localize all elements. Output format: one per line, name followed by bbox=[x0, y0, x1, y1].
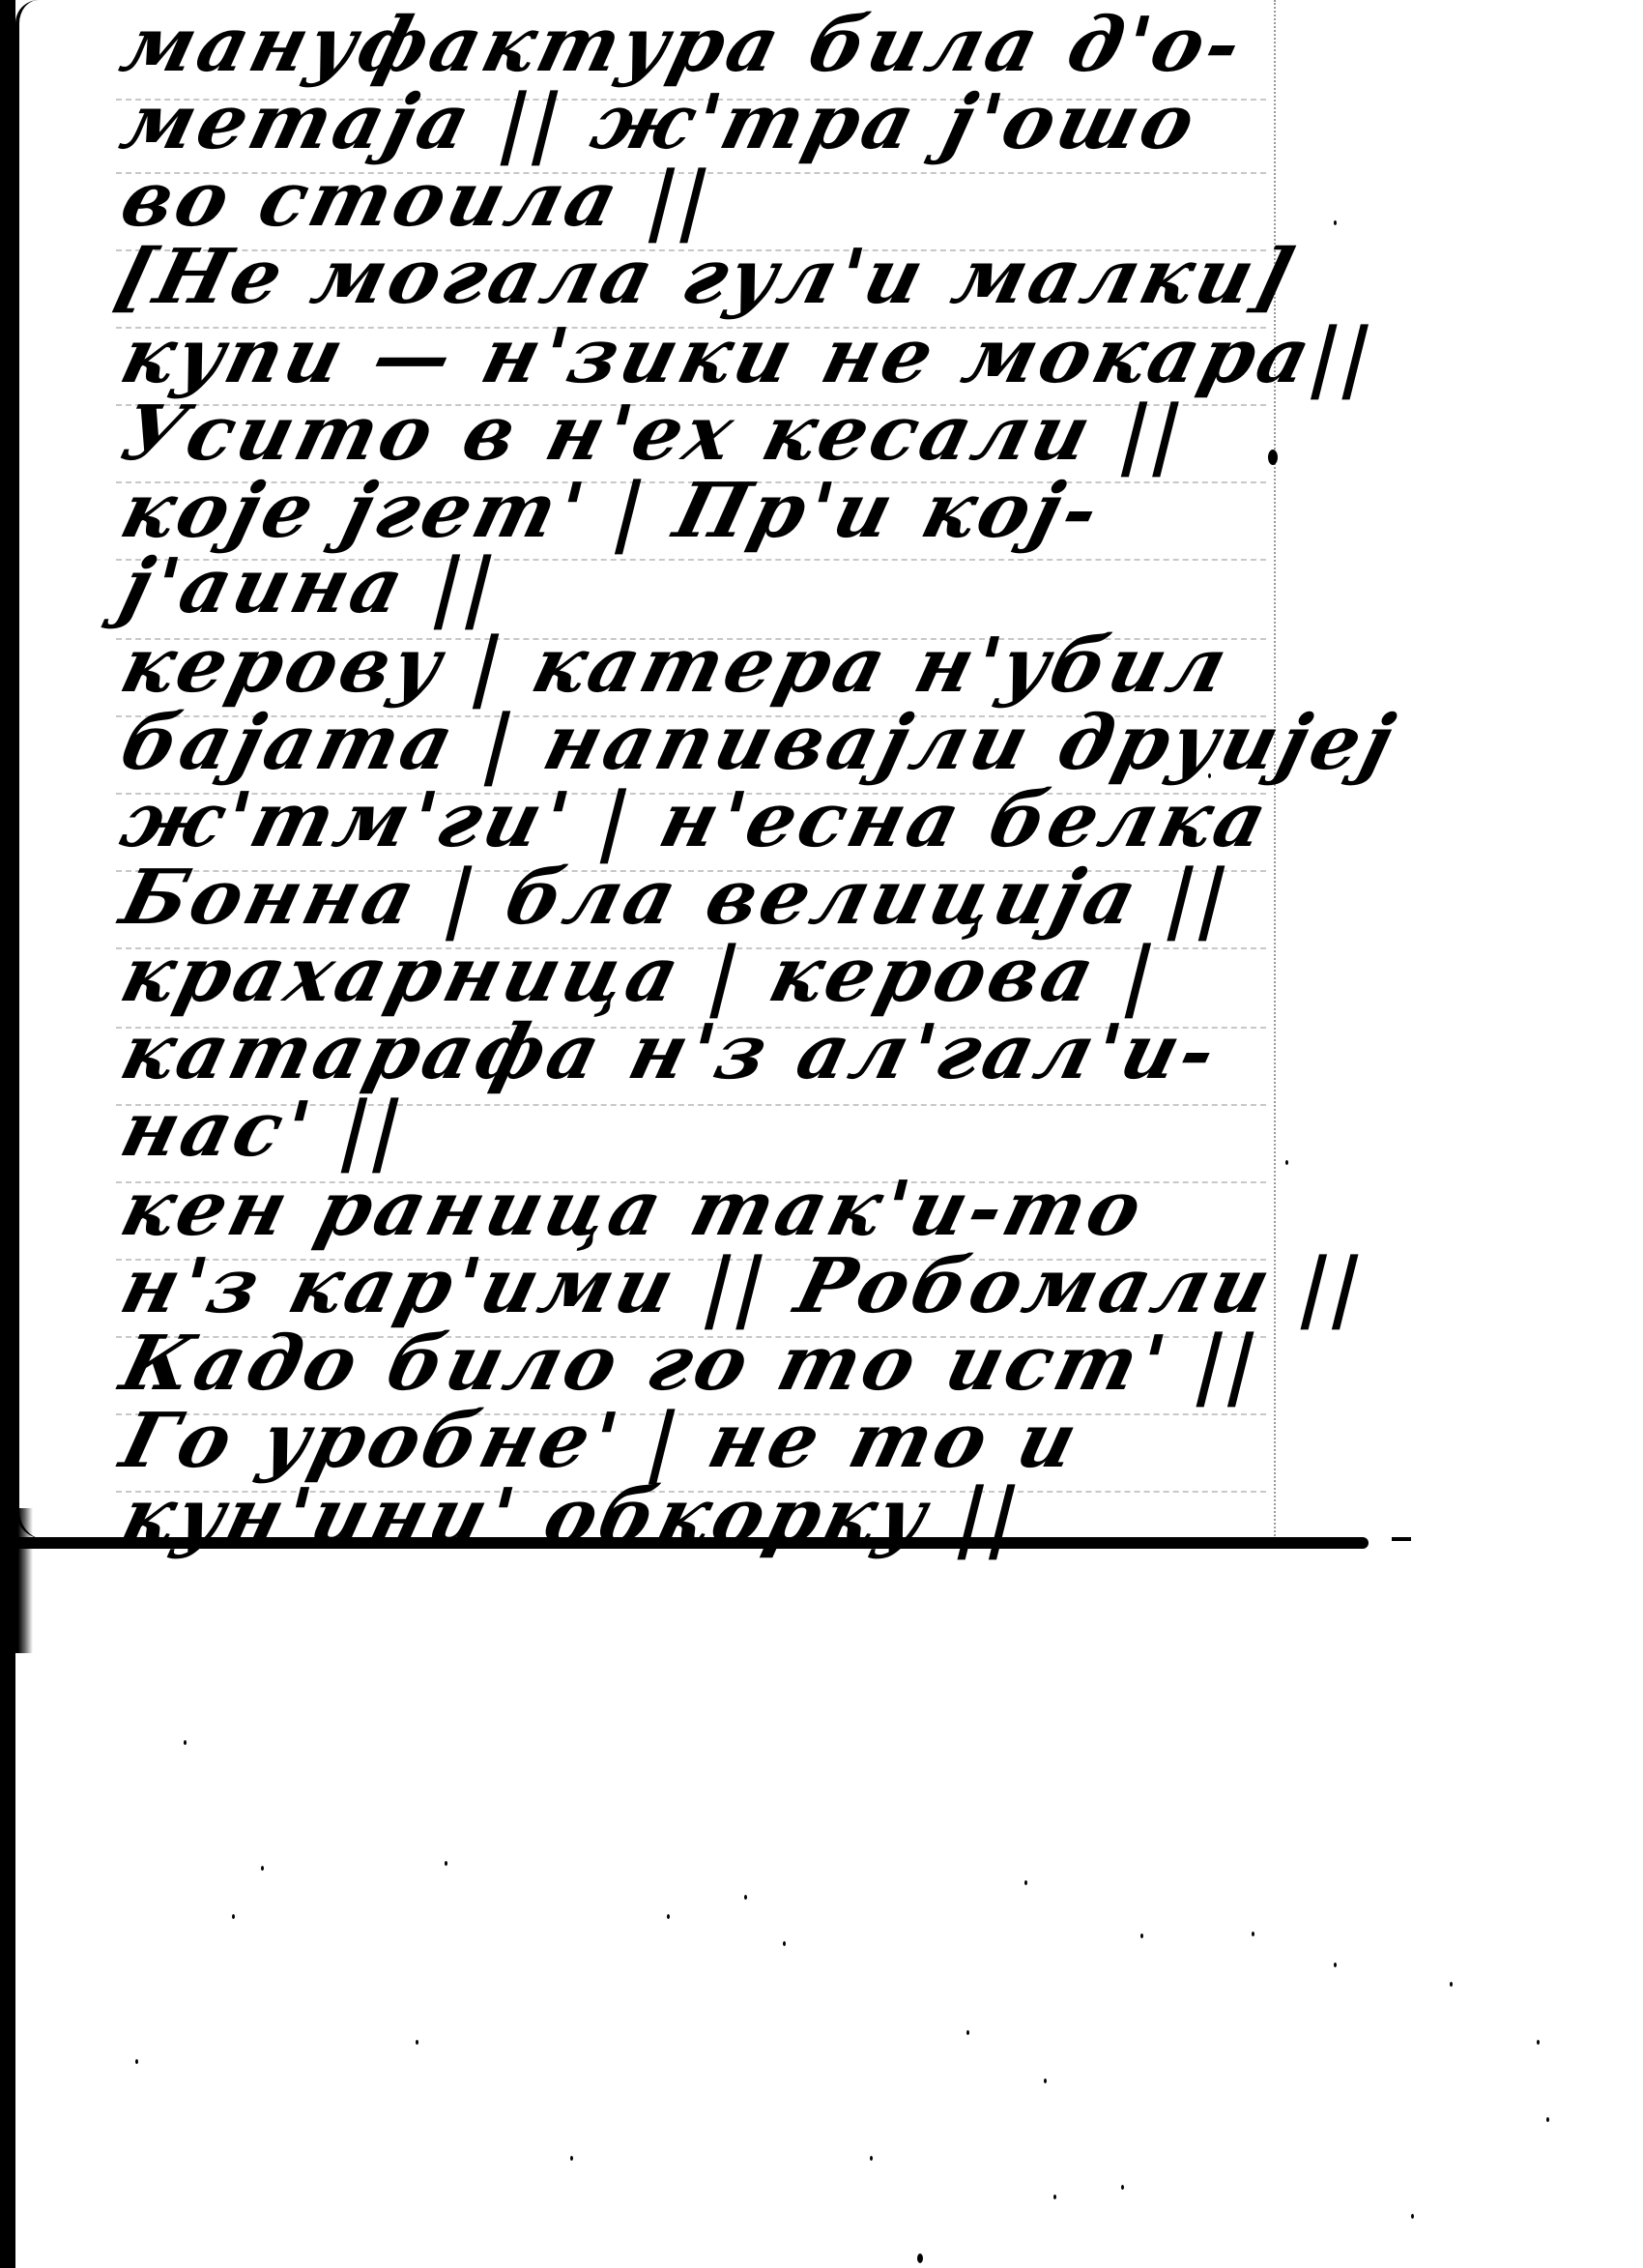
scan-left-border bbox=[0, 0, 15, 2268]
scan-speck bbox=[570, 2156, 573, 2161]
scan-speck bbox=[445, 1861, 447, 1866]
scan-speck bbox=[1252, 1932, 1254, 1936]
manuscript-line: Го уробне' | не то и bbox=[114, 1404, 1087, 1479]
scan-speck bbox=[917, 2253, 923, 2263]
scan-speck bbox=[1334, 1963, 1337, 1967]
scan-speck bbox=[1140, 1934, 1143, 1938]
scan-speck bbox=[1024, 1880, 1027, 1885]
scan-speck bbox=[135, 2059, 138, 2064]
scan-speck bbox=[1208, 773, 1211, 778]
scan-speck bbox=[1044, 2079, 1047, 2083]
manuscript-line: купи — н'зики не мокара|| bbox=[114, 319, 1383, 394]
manuscript-line: мануфактура била д'о- bbox=[114, 8, 1252, 83]
manuscript-line: н'з кар'ими || Робомали || bbox=[114, 1249, 1373, 1324]
manuscript-line: Усито в н'ех кесали || bbox=[114, 396, 1194, 472]
scan-speck bbox=[261, 1866, 264, 1871]
scan-speck bbox=[1334, 220, 1337, 225]
manuscript-line: Бонна | бла велиција || bbox=[114, 860, 1240, 936]
manuscript-line: нас' || bbox=[114, 1092, 414, 1168]
manuscript-line: ж'тм'ги' | н'есна белка bbox=[114, 783, 1278, 858]
scan-speck bbox=[1268, 450, 1278, 465]
manuscript-line: керову | катера н'убил bbox=[114, 628, 1237, 704]
scan-speck bbox=[1546, 2117, 1549, 2122]
scan-speck bbox=[1450, 1982, 1453, 1987]
manuscript-line: бајата | напивајли друијеј bbox=[114, 706, 1404, 781]
scan-speck bbox=[1285, 1160, 1288, 1165]
manuscript-line: Кадо било го то ист' || bbox=[114, 1326, 1269, 1402]
scan-speck bbox=[870, 2156, 873, 2161]
card-bottom-edge-tail bbox=[1392, 1537, 1411, 1541]
scan-speck bbox=[416, 2040, 418, 2045]
manuscript-line: ј'аина || bbox=[114, 549, 506, 625]
manuscript-line: које јгет' | Пр'и кој- bbox=[114, 474, 1109, 549]
scan-speck bbox=[966, 2030, 969, 2035]
scan-speck bbox=[783, 1941, 786, 1946]
scan-speck bbox=[667, 1914, 670, 1919]
scan-speck bbox=[184, 1740, 187, 1745]
manuscript-line: [Не могала гул'и малки] bbox=[108, 240, 1305, 315]
manuscript-line: во стоила || bbox=[114, 162, 721, 238]
manuscript-line: кун'ини' обкорку || bbox=[114, 1479, 1030, 1555]
manuscript-line: катарафа н'з ал'гал'и- bbox=[114, 1015, 1226, 1090]
scan-speck bbox=[1121, 2185, 1124, 2190]
scan-speck bbox=[1053, 2195, 1056, 2199]
scan-speck bbox=[744, 1895, 747, 1900]
manuscript-line: крахарница | керова | bbox=[114, 938, 1167, 1013]
scan-speck bbox=[232, 1914, 235, 1919]
scan-speck bbox=[1411, 2214, 1414, 2219]
manuscript-line: метаја || ж'тра ј'ошо bbox=[114, 85, 1205, 160]
scan-speck bbox=[1537, 2040, 1540, 2045]
manuscript-line: кен раница так'и-то bbox=[114, 1172, 1152, 1247]
